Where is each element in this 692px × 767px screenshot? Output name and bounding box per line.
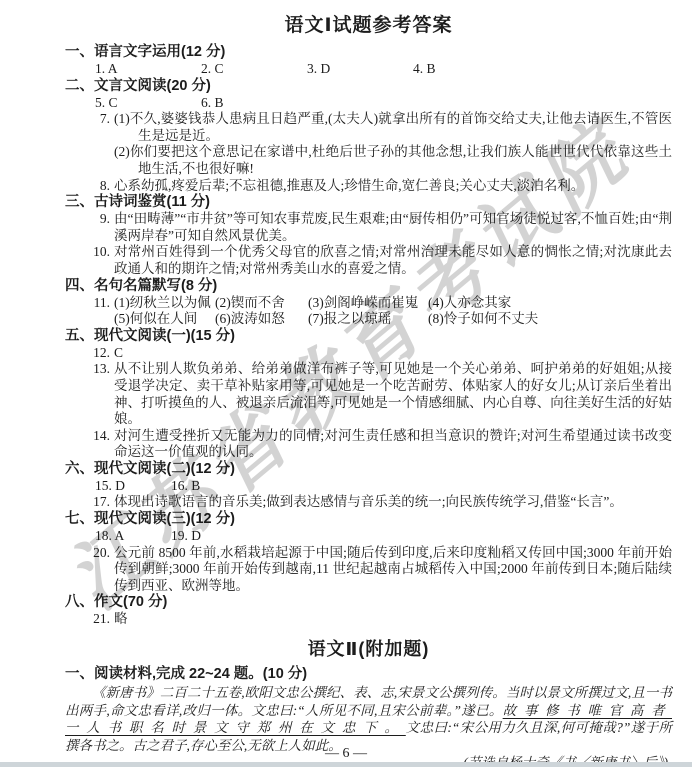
answer-item: 14.对河生遭受挫折又无能为力的同情;对河生责任感和担当意识的赞许;对河生希望通…: [65, 428, 672, 461]
choices-row: 18. A19. D: [65, 528, 672, 545]
answer-number: 12.: [65, 345, 114, 362]
answer-text: 对河生遭受挫折又无能为力的同情;对河生责任感和担当意识的赞许;对河生希望通过读书…: [114, 428, 672, 461]
answer-item: 20.公元前 8500 年前,水稻栽培起源于中国;随后传到印度,后来印度籼稻又传…: [65, 545, 672, 595]
exam-answer-page: 江苏省教育考试院 语文Ⅰ试题参考答案 一、语言文字运用(12 分)1. A2. …: [0, 0, 692, 767]
answer-text: 公元前 8500 年前,水稻栽培起源于中国;随后传到印度,后来印度籼稻又传回中国…: [114, 545, 672, 595]
recitation-cell: (2)锲而不舍: [215, 295, 308, 312]
answer-number: 7.: [65, 111, 114, 177]
section-heading: 八、作文(70 分): [65, 594, 672, 611]
choice-answer: 19. D: [171, 528, 201, 545]
answer-number: 13.: [65, 361, 114, 427]
scan-bottom-edge: [0, 762, 692, 767]
paper1-title: 语文Ⅰ试题参考答案: [65, 10, 672, 37]
answer-text: 对常州百姓得到一个优秀父母官的欣喜之情;对常州治理未能尽如人意的惆怅之情;对沈康…: [114, 244, 672, 277]
paper2-title: 语文Ⅱ(附加题): [65, 635, 672, 661]
paper2-section-heading: 一、阅读材料,完成 22~24 题。(10 分): [65, 666, 672, 683]
choice-answer: 15. D: [95, 478, 171, 495]
answer-number: 17.: [65, 494, 114, 511]
recitation-cell: (7)报之以琼瑶: [308, 311, 428, 328]
recitation-cell: (5)何似在人间: [114, 311, 215, 328]
answer-item: 7.(1)不久,婆婆钱恭人患病且日趋严重,(太夫人)就拿出所有的首饰交给丈夫,让…: [65, 111, 672, 177]
answer-item: 21.略: [65, 611, 672, 628]
answer-text: 体现出诗歌语言的音乐美;做到表达感情与音乐美的统一;向民族传统学习,借鉴“长言”…: [114, 494, 672, 511]
choices-row: 1. A2. C3. D4. B: [65, 61, 672, 78]
choice-answer: 3. D: [307, 61, 413, 78]
recitation-cell: (6)波涛如怒: [215, 311, 308, 328]
answer-item: 10.对常州百姓得到一个优秀父母官的欣喜之情;对常州治理未能尽如人意的惆怅之情;…: [65, 244, 672, 277]
answer-item: 11.(1)纫秋兰以为佩(2)锲而不舍(3)剑阁峥嵘而崔嵬(4)人亦念其家(5)…: [65, 295, 672, 328]
answer-number: 14.: [65, 428, 114, 461]
answer-number: 8.: [65, 178, 114, 195]
page-content: 语文Ⅰ试题参考答案 一、语言文字运用(12 分)1. A2. C3. D4. B…: [65, 8, 672, 767]
answer-number: 10.: [65, 244, 114, 277]
section-heading: 四、名句名篇默写(8 分): [65, 278, 672, 295]
answer-text: 略: [114, 611, 672, 628]
answer-text: 心系幼孤,疼爱后辈;不忘祖德,推惠及人;珍惜生命,宽仁善良;关心丈夫,淡泊名利。: [114, 178, 672, 195]
answer-text: (1)不久,婆婆钱恭人患病且日趋严重,(太夫人)就拿出所有的首饰交给丈夫,让他去…: [114, 111, 672, 177]
choice-answer: 2. C: [201, 61, 307, 78]
sub-answer: (1)不久,婆婆钱恭人患病且日趋严重,(太夫人)就拿出所有的首饰交给丈夫,让他去…: [114, 111, 672, 144]
section-heading: 五、现代文阅读(一)(15 分): [65, 328, 672, 345]
choice-answer: 5. C: [95, 95, 201, 112]
paper1-answer-blocks: 一、语言文字运用(12 分)1. A2. C3. D4. B二、文言文阅读(20…: [65, 44, 672, 628]
section-heading: 二、文言文阅读(20 分): [65, 78, 672, 95]
paper2-passage: 《新唐书》二百二十五卷,欧阳文忠公撰纪、表、志,宋景文公撰列传。当时以景文所撰过…: [65, 684, 672, 754]
section-heading: 三、古诗词鉴赏(11 分): [65, 194, 672, 211]
answer-text: C: [114, 345, 672, 362]
choice-answer: 4. B: [413, 61, 436, 78]
answer-item: 9.由“田畴薄”“市井贫”等可知农事荒废,民生艰难;由“厨传相仍”可知官场徒悦过…: [65, 211, 672, 244]
answer-item: 13.从不让别人欺负弟弟、给弟弟做洋布裤子等,可见她是一个关心弟弟、呵护弟弟的好…: [65, 361, 672, 427]
choices-row: 15. D16. B: [65, 478, 672, 495]
answer-item: 12.C: [65, 345, 672, 362]
recitation-cell: (8)怜子如何不丈夫: [428, 311, 672, 328]
answer-number: 21.: [65, 611, 114, 628]
answer-text: 由“田畴薄”“市井贫”等可知农事荒废,民生艰难;由“厨传相仍”可知官场徒悦过客,…: [114, 211, 672, 244]
answer-number: 11.: [65, 295, 114, 328]
section-heading: 六、现代文阅读(二)(12 分): [65, 461, 672, 478]
choice-answer: 1. A: [95, 61, 201, 78]
answer-number: 9.: [65, 211, 114, 244]
answer-item: 17.体现出诗歌语言的音乐美;做到表达感情与音乐美的统一;向民族传统学习,借鉴“…: [65, 494, 672, 511]
section-heading: 一、语言文字运用(12 分): [65, 44, 672, 61]
choices-row: 5. C6. B: [65, 95, 672, 112]
recitation-cell: (1)纫秋兰以为佩: [114, 295, 215, 312]
choice-answer: 16. B: [171, 478, 200, 495]
choice-answer: 18. A: [95, 528, 171, 545]
recitation-grid: (1)纫秋兰以为佩(2)锲而不舍(3)剑阁峥嵘而崔嵬(4)人亦念其家(5)何似在…: [114, 295, 672, 328]
recitation-cell: (3)剑阁峥嵘而崔嵬: [308, 295, 428, 312]
answer-item: 8.心系幼孤,疼爱后辈;不忘祖德,推惠及人;珍惜生命,宽仁善良;关心丈夫,淡泊名…: [65, 178, 672, 195]
answer-text: 从不让别人欺负弟弟、给弟弟做洋布裤子等,可见她是一个关心弟弟、呵护弟弟的好姐姐;…: [114, 361, 672, 427]
page-number: — 6 —: [0, 746, 692, 762]
section-heading: 七、现代文阅读(三)(12 分): [65, 511, 672, 528]
recitation-cell: (4)人亦念其家: [428, 295, 672, 312]
answer-number: 20.: [65, 545, 114, 595]
sub-answer: (2)你们要把这个意思记在家谱中,杜绝后世子孙的其他念想,让我们族人能世世代代依…: [114, 144, 672, 177]
choice-answer: 6. B: [201, 95, 224, 112]
